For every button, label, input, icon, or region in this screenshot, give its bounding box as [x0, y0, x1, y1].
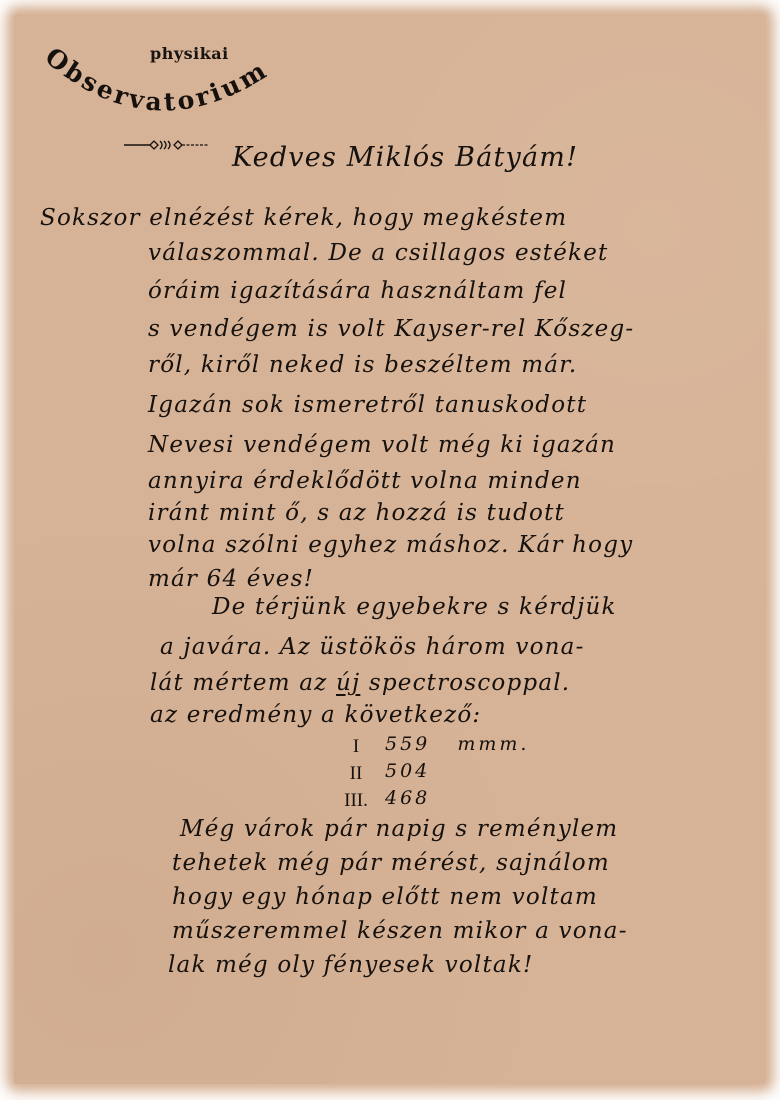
letter-line: lak még oly fényesek voltak! — [168, 952, 533, 978]
letterhead-ornament-divider — [124, 138, 208, 152]
letter-line: lát mértem az új spectroscoppal. — [150, 670, 570, 696]
letter-line: műszeremmel készen mikor a vona- — [172, 918, 628, 944]
measurement-number: 504 — [385, 760, 430, 782]
letter-line: válaszommal. De a csillagos estéket — [148, 240, 608, 266]
letter-line: Nevesi vendégem volt még ki igazán — [148, 432, 616, 458]
letter-salutation: Kedves Miklós Bátyám! — [232, 142, 578, 173]
letterhead: physikai Observatorium — [30, 38, 300, 153]
letter-line: már 64 éves! — [148, 566, 314, 592]
letter-line: Még várok pár napig s reménylem — [180, 816, 618, 842]
letter-line: a javára. Az üstökös három vona- — [160, 634, 585, 660]
letter-line: volna szólni egyhez máshoz. Kár hogy — [148, 532, 633, 558]
letterhead-arched-title: Observatorium — [30, 38, 300, 153]
measurement-number: 559 — [385, 733, 430, 755]
letter-line: ről, kiről neked is beszéltem már. — [148, 352, 577, 378]
measurement-number: 468 — [385, 787, 430, 809]
letter-line: az eredmény a következő: — [150, 702, 481, 728]
underlined-word: új — [336, 670, 360, 696]
letter-line: s vendégem is volt Kayser-rel Kőszeg- — [148, 316, 634, 342]
measurement-unit: mmm. — [457, 733, 529, 755]
letter-line: hogy egy hónap előtt nem voltam — [172, 884, 598, 910]
letter-line: annyira érdeklődött volna minden — [148, 468, 582, 494]
letter-line: óráim igazítására használtam fel — [148, 278, 567, 304]
letter-line: Igazán sok ismeretről tanuskodott — [148, 392, 587, 418]
letter-line: iránt mint ő, s az hozzá is tudott — [148, 500, 565, 526]
measurement-numeral: III. — [336, 790, 376, 812]
letter-line: tehetek még pár mérést, sajnálom — [172, 850, 610, 876]
measurement-numeral: I — [336, 736, 376, 758]
letter-line: Sokszor elnézést kérek, hogy megkéstem — [40, 205, 567, 231]
measurement-numeral: II — [336, 763, 376, 785]
letter-line: De térjünk egyebekre s kérdjük — [212, 594, 617, 620]
svg-text:Observatorium: Observatorium — [40, 42, 274, 117]
measurement-value: 559 mmm. — [385, 733, 529, 755]
